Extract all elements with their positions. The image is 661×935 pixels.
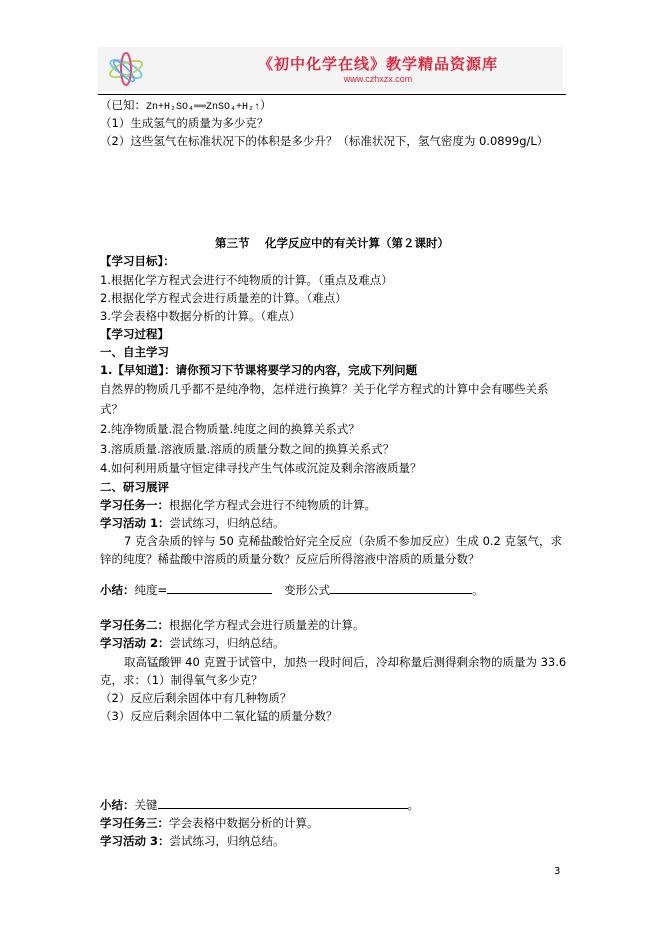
activity3: 学习活动 3：尝试练习，归纳总结。 [100, 833, 285, 849]
activity3-text: 尝试练习，归纳总结。 [170, 834, 285, 848]
key-blank[interactable] [158, 797, 408, 809]
question-1: （1）生成氢气的质量为多少克？ [100, 115, 268, 131]
task2-label: 学习任务二： [100, 618, 169, 632]
preview-text: 自然界的物质几乎都不是纯净物，怎样进行换算？关于化学方程式的计算中会有哪些关系 [100, 381, 549, 397]
preview-label: 1.【早知道】：请你预习下节课将要学习的内容，完成下列问题 [100, 362, 417, 378]
task2-summary: 小结：关键。 [100, 797, 419, 813]
task3-label: 学习任务三： [100, 816, 169, 830]
activity1-label: 学习活动 1： [100, 516, 170, 530]
preview-question-4: 4.如何利用质量守恒定律寻找产生气体或沉淀及剩余溶液质量？ [100, 460, 421, 476]
given-equation: （已知：Zn+H₂SO₄══ZnSO₄+H₂↑） [100, 97, 272, 116]
task1-problem-cont: 锌的纯度？稀盐酸中溶质的质量分数？反应后所得溶液中溶质的质量分数？ [100, 551, 480, 567]
formula-blank[interactable] [330, 582, 472, 594]
objective-item: 3.学会表格中数据分析的计算。（难点） [100, 308, 301, 324]
purity-label: 纯度= [135, 583, 168, 597]
task2-question-2: （2）反应后剩余固体中有几种物质？ [100, 690, 291, 706]
task3-text: 学会表格中数据分析的计算。 [169, 816, 319, 830]
task2: 学习任务二：根据化学方程式会进行质量差的计算。 [100, 617, 365, 633]
page-header-banner: 《初中化学在线》教学精品资源库 www.czhxzx.com [98, 47, 563, 91]
task1-problem: 7 克含杂质的锌与 50 克稀盐酸恰好完全反应（杂质不参加反应）生成 0.2 克… [100, 533, 562, 549]
document-page: 《初中化学在线》教学精品资源库 www.czhxzx.com （已知：Zn+H₂… [0, 0, 661, 935]
atom-logo-icon [106, 51, 146, 87]
task1: 学习任务一：根据化学方程式会进行不纯物质的计算。 [100, 497, 376, 513]
activity1-text: 尝试练习，归纳总结。 [170, 516, 285, 530]
preview-question-2: 2.纯净物质量.混合物质量.纯度之间的换算关系式？ [100, 421, 360, 437]
objectives-heading: 【学习目标】： [100, 253, 175, 269]
preview-question-3: 3.溶质质量.溶液质量.溶质的质量分数之间的换算关系式？ [100, 441, 394, 457]
given-prefix: （已知： [100, 98, 146, 112]
activity2-label: 学习活动 2： [100, 636, 170, 650]
question-2: （2）这些氢气在标准状况下的体积是多少升？（标准状况下，氢气密度为 0.0899… [100, 133, 548, 149]
key-label: 关键 [135, 798, 158, 812]
preview-text-cont: 式？ [100, 401, 123, 417]
task1-label: 学习任务一： [100, 498, 169, 512]
brand-title: 《初中化学在线》教学精品资源库 [198, 53, 558, 74]
task1-text: 根据化学方程式会进行不纯物质的计算。 [169, 498, 376, 512]
activity1: 学习活动 1：尝试练习，归纳总结。 [100, 515, 285, 531]
header-divider [98, 94, 566, 95]
objective-item: 2.根据化学方程式会进行质量差的计算。（难点） [100, 290, 347, 306]
objective-item: 1.根据化学方程式会进行不纯物质的计算。（重点及难点） [100, 272, 393, 288]
part2-heading: 二、研习展评 [100, 479, 169, 495]
task2-question-3: （3）反应后剩余固体中二氧化锰的质量分数？ [100, 708, 337, 724]
page-number: 3 [554, 866, 560, 877]
purity-blank[interactable] [167, 582, 272, 594]
section-title: 第三节 化学反应中的有关计算（第２课时） [100, 235, 564, 251]
activity2-text: 尝试练习，归纳总结。 [170, 636, 285, 650]
given-suffix: ） [260, 98, 272, 112]
task2-text: 根据化学方程式会进行质量差的计算。 [169, 618, 365, 632]
period: 。 [472, 583, 484, 597]
period: 。 [408, 798, 420, 812]
task2-problem: 取高锰酸钾 40 克置于试管中，加热一段时间后，冷却称量后测得剩余物的质量为 3… [100, 654, 566, 670]
brand-url: www.czhxzx.com [198, 74, 558, 84]
summary-label: 小结： [100, 798, 135, 812]
activity2: 学习活动 2：尝试练习，归纳总结。 [100, 635, 285, 651]
summary-label: 小结： [100, 583, 135, 597]
part1-heading: 一、自主学习 [100, 344, 169, 360]
task1-summary: 小结：纯度=变形公式。 [100, 582, 484, 598]
activity3-label: 学习活动 3： [100, 834, 170, 848]
task2-problem-cont: 克，求：（1）制得氧气多少克？ [100, 672, 263, 688]
formula-label: 变形公式 [284, 583, 330, 597]
chemical-equation: Zn+H₂SO₄══ZnSO₄+H₂↑ [146, 102, 260, 113]
process-heading: 【学习过程】 [100, 326, 169, 342]
task3: 学习任务三：学会表格中数据分析的计算。 [100, 815, 319, 831]
